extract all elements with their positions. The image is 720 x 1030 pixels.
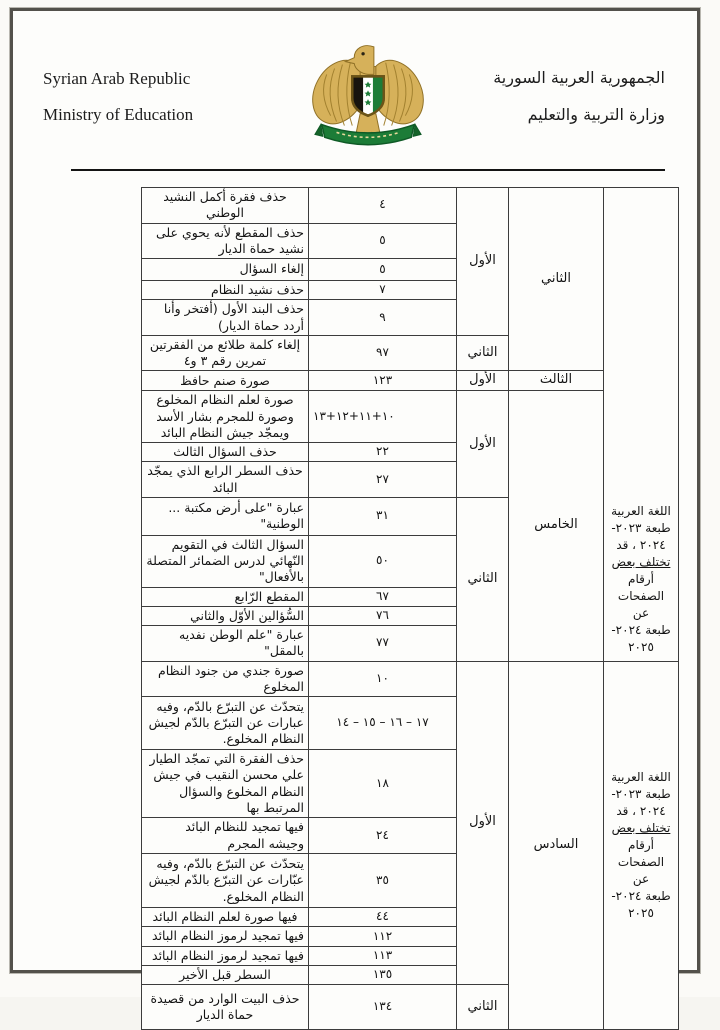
- change-description-cell: السُّؤالين الأوّل والثاني: [142, 606, 309, 625]
- grade-cell: الثالث: [509, 371, 604, 391]
- grade-cell: الخامس: [509, 391, 604, 661]
- page-number-cell: ١٣٥: [309, 965, 457, 984]
- syrian-coat-of-arms-icon: [309, 39, 427, 161]
- change-description-cell: حذف البند الأول (أفتخر وأنا أردد حماة ال…: [142, 300, 309, 336]
- change-description-cell: فيها تمجيد لرموز النظام البائد: [142, 946, 309, 965]
- change-description-cell: إلغاء السؤال: [142, 259, 309, 281]
- change-description-cell: السطر قبل الأخير: [142, 965, 309, 984]
- change-description-cell: يتحدّث عن التبرّع بالدّم، وفيه عبارات عن…: [142, 697, 309, 750]
- change-description-cell: عبارة "على أرض مكتبة ... الوطنية": [142, 497, 309, 535]
- page-number-cell: ٩: [309, 300, 457, 336]
- change-description-cell: فيها تمجيد لرموز النظام البائد: [142, 927, 309, 946]
- edition-note-line: أرقام: [608, 837, 674, 854]
- notes-cell: اللغة العربيةطبعة ٢٠٢٣-٢٠٢٤ ، قدتختلف بع…: [604, 661, 679, 997]
- page-number-cell: ٥: [309, 223, 457, 259]
- page-number-cell: ٩٧: [309, 335, 457, 371]
- edition-note-line: طبعة ٢٠٢٣-: [608, 786, 674, 803]
- part-cell: الأول: [457, 371, 509, 391]
- header-divider: [71, 169, 665, 171]
- edition-note: اللغة العربيةطبعة ٢٠٢٣-٢٠٢٤ ، قدتختلف بع…: [608, 769, 674, 922]
- edition-note-line: طبعة ٢٠٢٣-: [608, 520, 674, 537]
- page-number-cell: ٢٢: [309, 443, 457, 462]
- notes-cell: اللغة العربيةطبعة ٢٠٢٣-٢٠٢٤ ، قدتختلف بع…: [604, 188, 679, 662]
- table-row: اللغة العربيةطبعة ٢٠٢٣-٢٠٢٤ ، قدتختلف بع…: [142, 661, 679, 697]
- page-number-cell: ٤٤: [309, 908, 457, 927]
- page-number-cell: ٣٥: [309, 854, 457, 908]
- page-number-cell: ٧٦: [309, 606, 457, 625]
- change-description-cell: إلغاء كلمة طلائع من الفقرتين تمرين رقم ٣…: [142, 335, 309, 371]
- page-number-cell: ٥: [309, 259, 457, 281]
- edition-note-line: اللغة العربية: [608, 769, 674, 786]
- header-arabic: الجمهورية العربية السورية وزارة التربية …: [493, 59, 665, 133]
- change-description-cell: حذف البيت الوارد من قصيدة حماة الديار: [142, 985, 309, 998]
- change-description-cell: حذف نشيد النظام: [142, 281, 309, 300]
- edition-note-line: تختلف بعض: [608, 820, 674, 837]
- change-description-cell: حذف المقطع لأنه يحوي على نشيد حماة الديا…: [142, 223, 309, 259]
- table-row: الثالثالأول١٢٣صورة صنم حافظ: [142, 371, 679, 391]
- edition-note-line: الصفحات عن: [608, 588, 674, 622]
- change-description-cell: حذف فقرة أكمل النشيد الوطني: [142, 188, 309, 224]
- scanned-document-page: Syrian Arab Republic Ministry of Educati…: [0, 0, 720, 997]
- part-cell: الأول: [457, 391, 509, 498]
- edition-note-line: ٢٠٢٥: [608, 639, 674, 656]
- change-description-cell: فيها تمجيد للنظام البائد وجيشه المجرم: [142, 818, 309, 854]
- table-row: اللغة العربيةطبعة ٢٠٢٣-٢٠٢٤ ، قدتختلف بع…: [142, 188, 679, 224]
- page-number-cell: ١١٣: [309, 946, 457, 965]
- edition-note-line: أرقام: [608, 571, 674, 588]
- header-english: Syrian Arab Republic Ministry of Educati…: [43, 61, 193, 133]
- page-number-cell: ٣١: [309, 497, 457, 535]
- change-description-cell: يتحدّث عن التبرّع بالدّم، وفيه عبّارات ع…: [142, 854, 309, 908]
- page-number-cell: ٥٠: [309, 535, 457, 587]
- page-number-cell: ١٠+١١+١٢+١٣: [309, 391, 457, 443]
- change-description-cell: صورة لعلم النظام المخلوع وصورة للمجرم بش…: [142, 391, 309, 443]
- page-number-cell: ٢٤: [309, 818, 457, 854]
- page-number-cell: ٦٧: [309, 587, 457, 606]
- part-cell: الثاني: [457, 985, 509, 998]
- change-description-cell: حذف الفقرة التي تمجّد الطيار علي محسن ال…: [142, 750, 309, 818]
- page-number-cell: ٧: [309, 281, 457, 300]
- page-number-cell: ١٨: [309, 750, 457, 818]
- edition-note-line: تختلف بعض: [608, 554, 674, 571]
- page-number-cell: ١٧ – ١٦ – ١٥ – ١٤: [309, 697, 457, 750]
- change-description-cell: صورة جندي من جنود النظام المخلوع: [142, 661, 309, 697]
- ministry-name-english: Ministry of Education: [43, 97, 193, 133]
- change-description-cell: حذف السؤال الثالث: [142, 443, 309, 462]
- page-number-cell: ١٢٣: [309, 371, 457, 391]
- table-row: الخامسالأول١٠+١١+١٢+١٣صورة لعلم النظام ا…: [142, 391, 679, 443]
- grade-cell: الثاني: [509, 188, 604, 371]
- change-description-cell: حذف السطر الرابع الذي يمجّد البائد: [142, 462, 309, 498]
- edition-note-line: الصفحات عن: [608, 854, 674, 888]
- changes-table-body: اللغة العربيةطبعة ٢٠٢٣-٢٠٢٤ ، قدتختلف بع…: [142, 188, 679, 998]
- grade-cell: السادس: [509, 661, 604, 997]
- country-name-arabic: الجمهورية العربية السورية: [493, 59, 665, 96]
- curriculum-changes-table-wrap: اللغة العربيةطبعة ٢٠٢٣-٢٠٢٤ ، قدتختلف بع…: [141, 187, 678, 997]
- country-name-english: Syrian Arab Republic: [43, 61, 193, 97]
- ministry-name-arabic: وزارة التربية والتعليم: [493, 96, 665, 133]
- edition-note-line: ٢٠٢٤ ، قد: [608, 803, 674, 820]
- part-cell: الثاني: [457, 335, 509, 371]
- page-number-cell: ٢٧: [309, 462, 457, 498]
- part-cell: الأول: [457, 661, 509, 985]
- edition-note-line: اللغة العربية: [608, 503, 674, 520]
- part-cell: الأول: [457, 188, 509, 336]
- edition-note-line: طبعة ٢٠٢٤-: [608, 622, 674, 639]
- page-number-cell: ٤: [309, 188, 457, 224]
- page-number-cell: ١١٢: [309, 927, 457, 946]
- change-description-cell: السؤال الثالث في التقويم النّهائي لدرس ا…: [142, 535, 309, 587]
- change-description-cell: عبارة "علم الوطن نفديه بالمقل": [142, 626, 309, 662]
- part-cell: الثاني: [457, 497, 509, 661]
- edition-note-line: ٢٠٢٥: [608, 905, 674, 922]
- change-description-cell: فيها صورة لعلم النظام البائد: [142, 908, 309, 927]
- page-border-frame: Syrian Arab Republic Ministry of Educati…: [10, 8, 700, 973]
- page-number-cell: ٧٧: [309, 626, 457, 662]
- curriculum-changes-table: اللغة العربيةطبعة ٢٠٢٣-٢٠٢٤ ، قدتختلف بع…: [141, 187, 679, 997]
- edition-note: اللغة العربيةطبعة ٢٠٢٣-٢٠٢٤ ، قدتختلف بع…: [608, 503, 674, 660]
- edition-note-line: طبعة ٢٠٢٤-: [608, 888, 674, 905]
- change-description-cell: المقطع الرّابع: [142, 587, 309, 606]
- change-description-cell: صورة صنم حافظ: [142, 371, 309, 391]
- edition-note-line: ٢٠٢٤ ، قد: [608, 537, 674, 554]
- page-number-cell: ١٠: [309, 661, 457, 697]
- page-number-cell: ١٣٤: [309, 985, 457, 998]
